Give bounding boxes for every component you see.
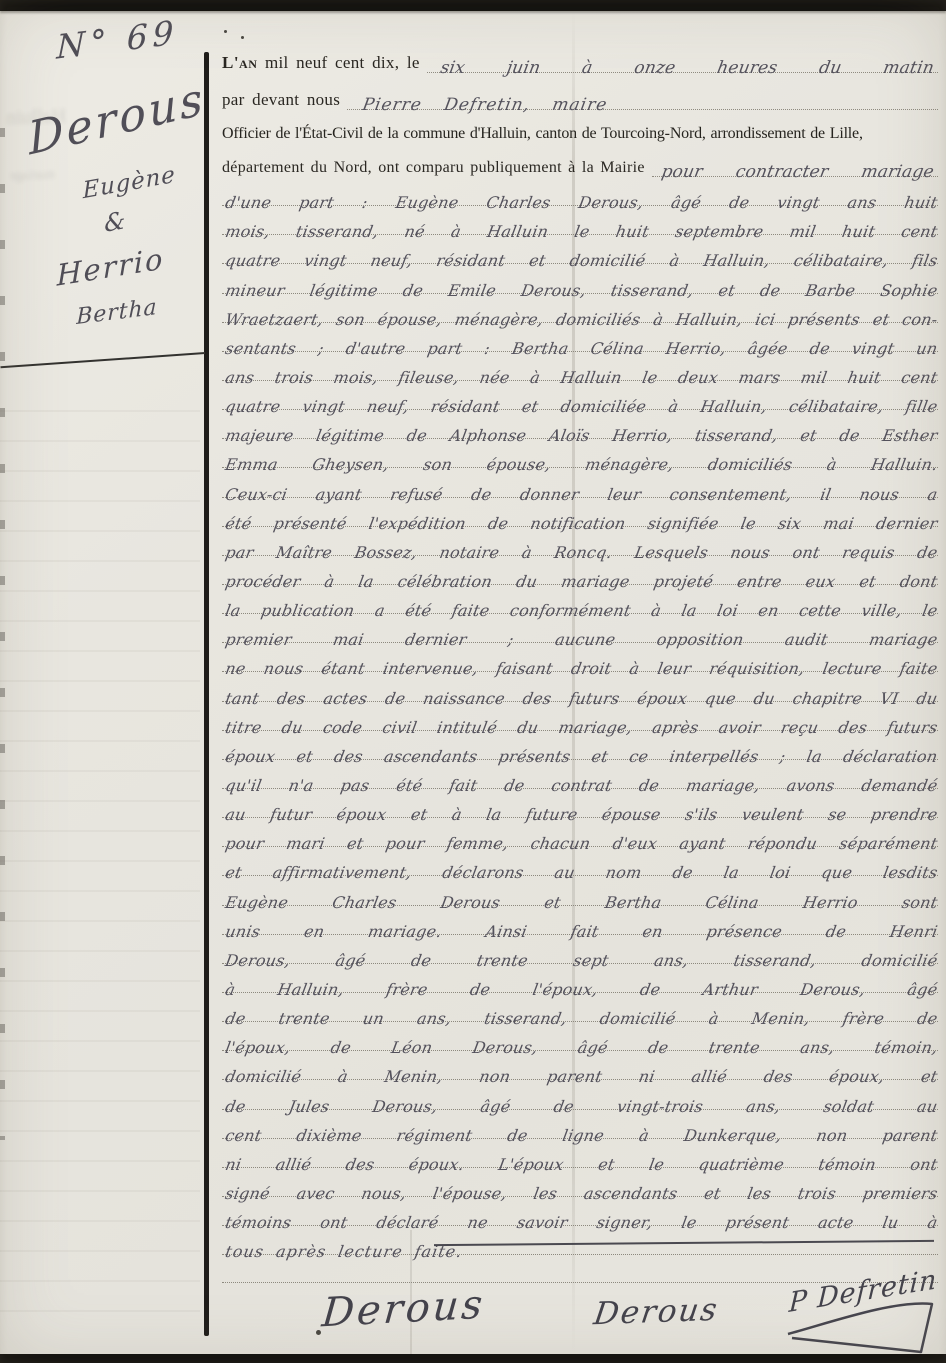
signature-witness: Derous <box>591 1292 721 1333</box>
ink-speck <box>224 30 227 33</box>
act-body-line: tous après lecture faite. <box>222 1226 938 1255</box>
blank-dotted-rule <box>222 1254 938 1283</box>
act-body-line: tant des actes de naissance des futurs é… <box>222 672 938 701</box>
printed-date-prefix: L'an mil neuf cent dix, le <box>222 54 427 73</box>
act-body-line: majeure légitime de Alphonse Aloïs Herri… <box>222 410 938 439</box>
act-body-line: au futur époux et à la future épouse s'i… <box>222 789 938 818</box>
act-body-line: d'une part : Eugène Charles Derous, âgé … <box>222 177 938 206</box>
act-body-line: titre du code civil intitulé du mariage,… <box>222 702 938 731</box>
act-body-line: ans trois mois, fileuse, née à Halluin l… <box>222 352 938 381</box>
act-body-line: ni allié des époux. L'époux et le quatri… <box>222 1139 938 1168</box>
act-body-line: Ceux-ci ayant refusé de donner leur cons… <box>222 468 938 497</box>
form-line-date: L'an mil neuf cent dix, le six juin à on… <box>222 40 938 73</box>
bleed-through-ghost: mariage <box>10 167 56 185</box>
act-body-line: l'époux, de Léon Derous, âgé de trente a… <box>222 1022 938 1051</box>
act-body-line: Derous, âgé de trente sept ans, tisseran… <box>222 935 938 964</box>
ink-speck <box>241 36 244 39</box>
act-body-line: été présenté l'expédition de notificatio… <box>222 498 938 527</box>
margin-ampersand: & <box>104 206 126 238</box>
signature-groom: Derous <box>320 1282 487 1337</box>
dotted-entry-field: six juin à onze heures du matin <box>427 40 938 73</box>
dotted-entry-field: pour contracter mariage <box>652 144 938 177</box>
act-body-line: Wraetzaert, son épouse, ménagère, domici… <box>222 294 938 323</box>
act-body-line: la publication a été faite conformément … <box>222 585 938 614</box>
dotted-entry-field: Pierre Defretin, maire <box>347 77 938 110</box>
margin-bride-surname: Herrio <box>56 241 164 292</box>
printed-commune-line: Officier de l'État-Civil de la commune d… <box>222 125 863 143</box>
act-body-line: par Maître Bossez, notaire à Roncq. Lesq… <box>222 527 938 556</box>
printed-purpose-prefix: département du Nord, ont comparu publiqu… <box>222 159 652 177</box>
act-body-line: pour mari et pour femme, chacun d'eux ay… <box>222 818 938 847</box>
margin-cancel-line <box>0 352 205 368</box>
act-body-line: premier mai dernier ; aucune opposition … <box>222 614 938 643</box>
signature-paraph-flourish <box>782 1292 942 1362</box>
act-body-line: procéder à la célébration du mariage pro… <box>222 556 938 585</box>
act-body-line: quatre vingt neuf, résidant et domicilié… <box>222 381 938 410</box>
act-body-line: et affirmativement, déclarons au nom de … <box>222 847 938 876</box>
act-body-line: cent dixième régiment de ligne à Dunkerq… <box>222 1110 938 1139</box>
act-number: N° 69 <box>56 12 179 66</box>
form-line-purpose: département du Nord, ont comparu publiqu… <box>222 144 938 177</box>
act-body-line: signé avec nous, l'épouse, les ascendant… <box>222 1168 938 1197</box>
act-body-line: Eugène Charles Derous et Bertha Célina H… <box>222 876 938 905</box>
margin-bride-given-name: Bertha <box>76 295 158 330</box>
act-body-line: domicilié à Menin, non parent ni allié d… <box>222 1051 938 1080</box>
act-body-line: ne nous étant intervenue, faisant droit … <box>222 643 938 672</box>
margin-groom-surname: Derous <box>26 71 207 165</box>
margin-groom-given-name: Eugène <box>82 162 176 205</box>
act-body-line: de Jules Derous, âgé de vingt-trois ans,… <box>222 1080 938 1109</box>
civil-register-scan: Halluin mariage N° 69 Derous Eugène & He… <box>0 0 946 1363</box>
act-body-line: témoins ont déclaré ne savoir signer, le… <box>222 1197 938 1226</box>
margin-rule <box>204 52 209 1336</box>
act-body-line: quatre vingt neuf, résidant et domicilié… <box>222 235 938 264</box>
act-body-line: mineur légitime de Emile Derous, tissera… <box>222 264 938 293</box>
act-body-line: à Halluin, frère de l'époux, de Arthur D… <box>222 964 938 993</box>
form-line-officiant: par devant nous Pierre Defretin, maire <box>222 77 938 110</box>
act-body-line: mois, tisserand, né à Halluin le huit se… <box>222 206 938 235</box>
bleed-through-bands <box>0 410 200 1330</box>
act-body-line: unis en mariage. Ainsi fait en présence … <box>222 906 938 935</box>
printed-officiant-prefix: par devant nous <box>222 91 347 110</box>
act-body-line: de trente un ans, tisserand, domicilié à… <box>222 993 938 1022</box>
scan-edge-top <box>0 0 946 11</box>
facing-page-bleed-ticks <box>0 128 5 1140</box>
act-body-line: sentants ; d'autre part : Bertha Célina … <box>222 323 938 352</box>
handwritten-date-time: six juin à onze heures du matin <box>439 60 935 77</box>
form-line-commune: Officier de l'État-Civil de la commune d… <box>222 111 938 143</box>
act-body-line: époux et des ascendants présents et ce i… <box>222 731 938 760</box>
act-body-line: qu'il n'a pas été fait de contrat de mar… <box>222 760 938 789</box>
act-body-lines: d'une part : Eugène Charles Derous, âgé … <box>222 177 938 1255</box>
act-body-line: Emma Gheysen, son épouse, ménagère, domi… <box>222 439 938 468</box>
